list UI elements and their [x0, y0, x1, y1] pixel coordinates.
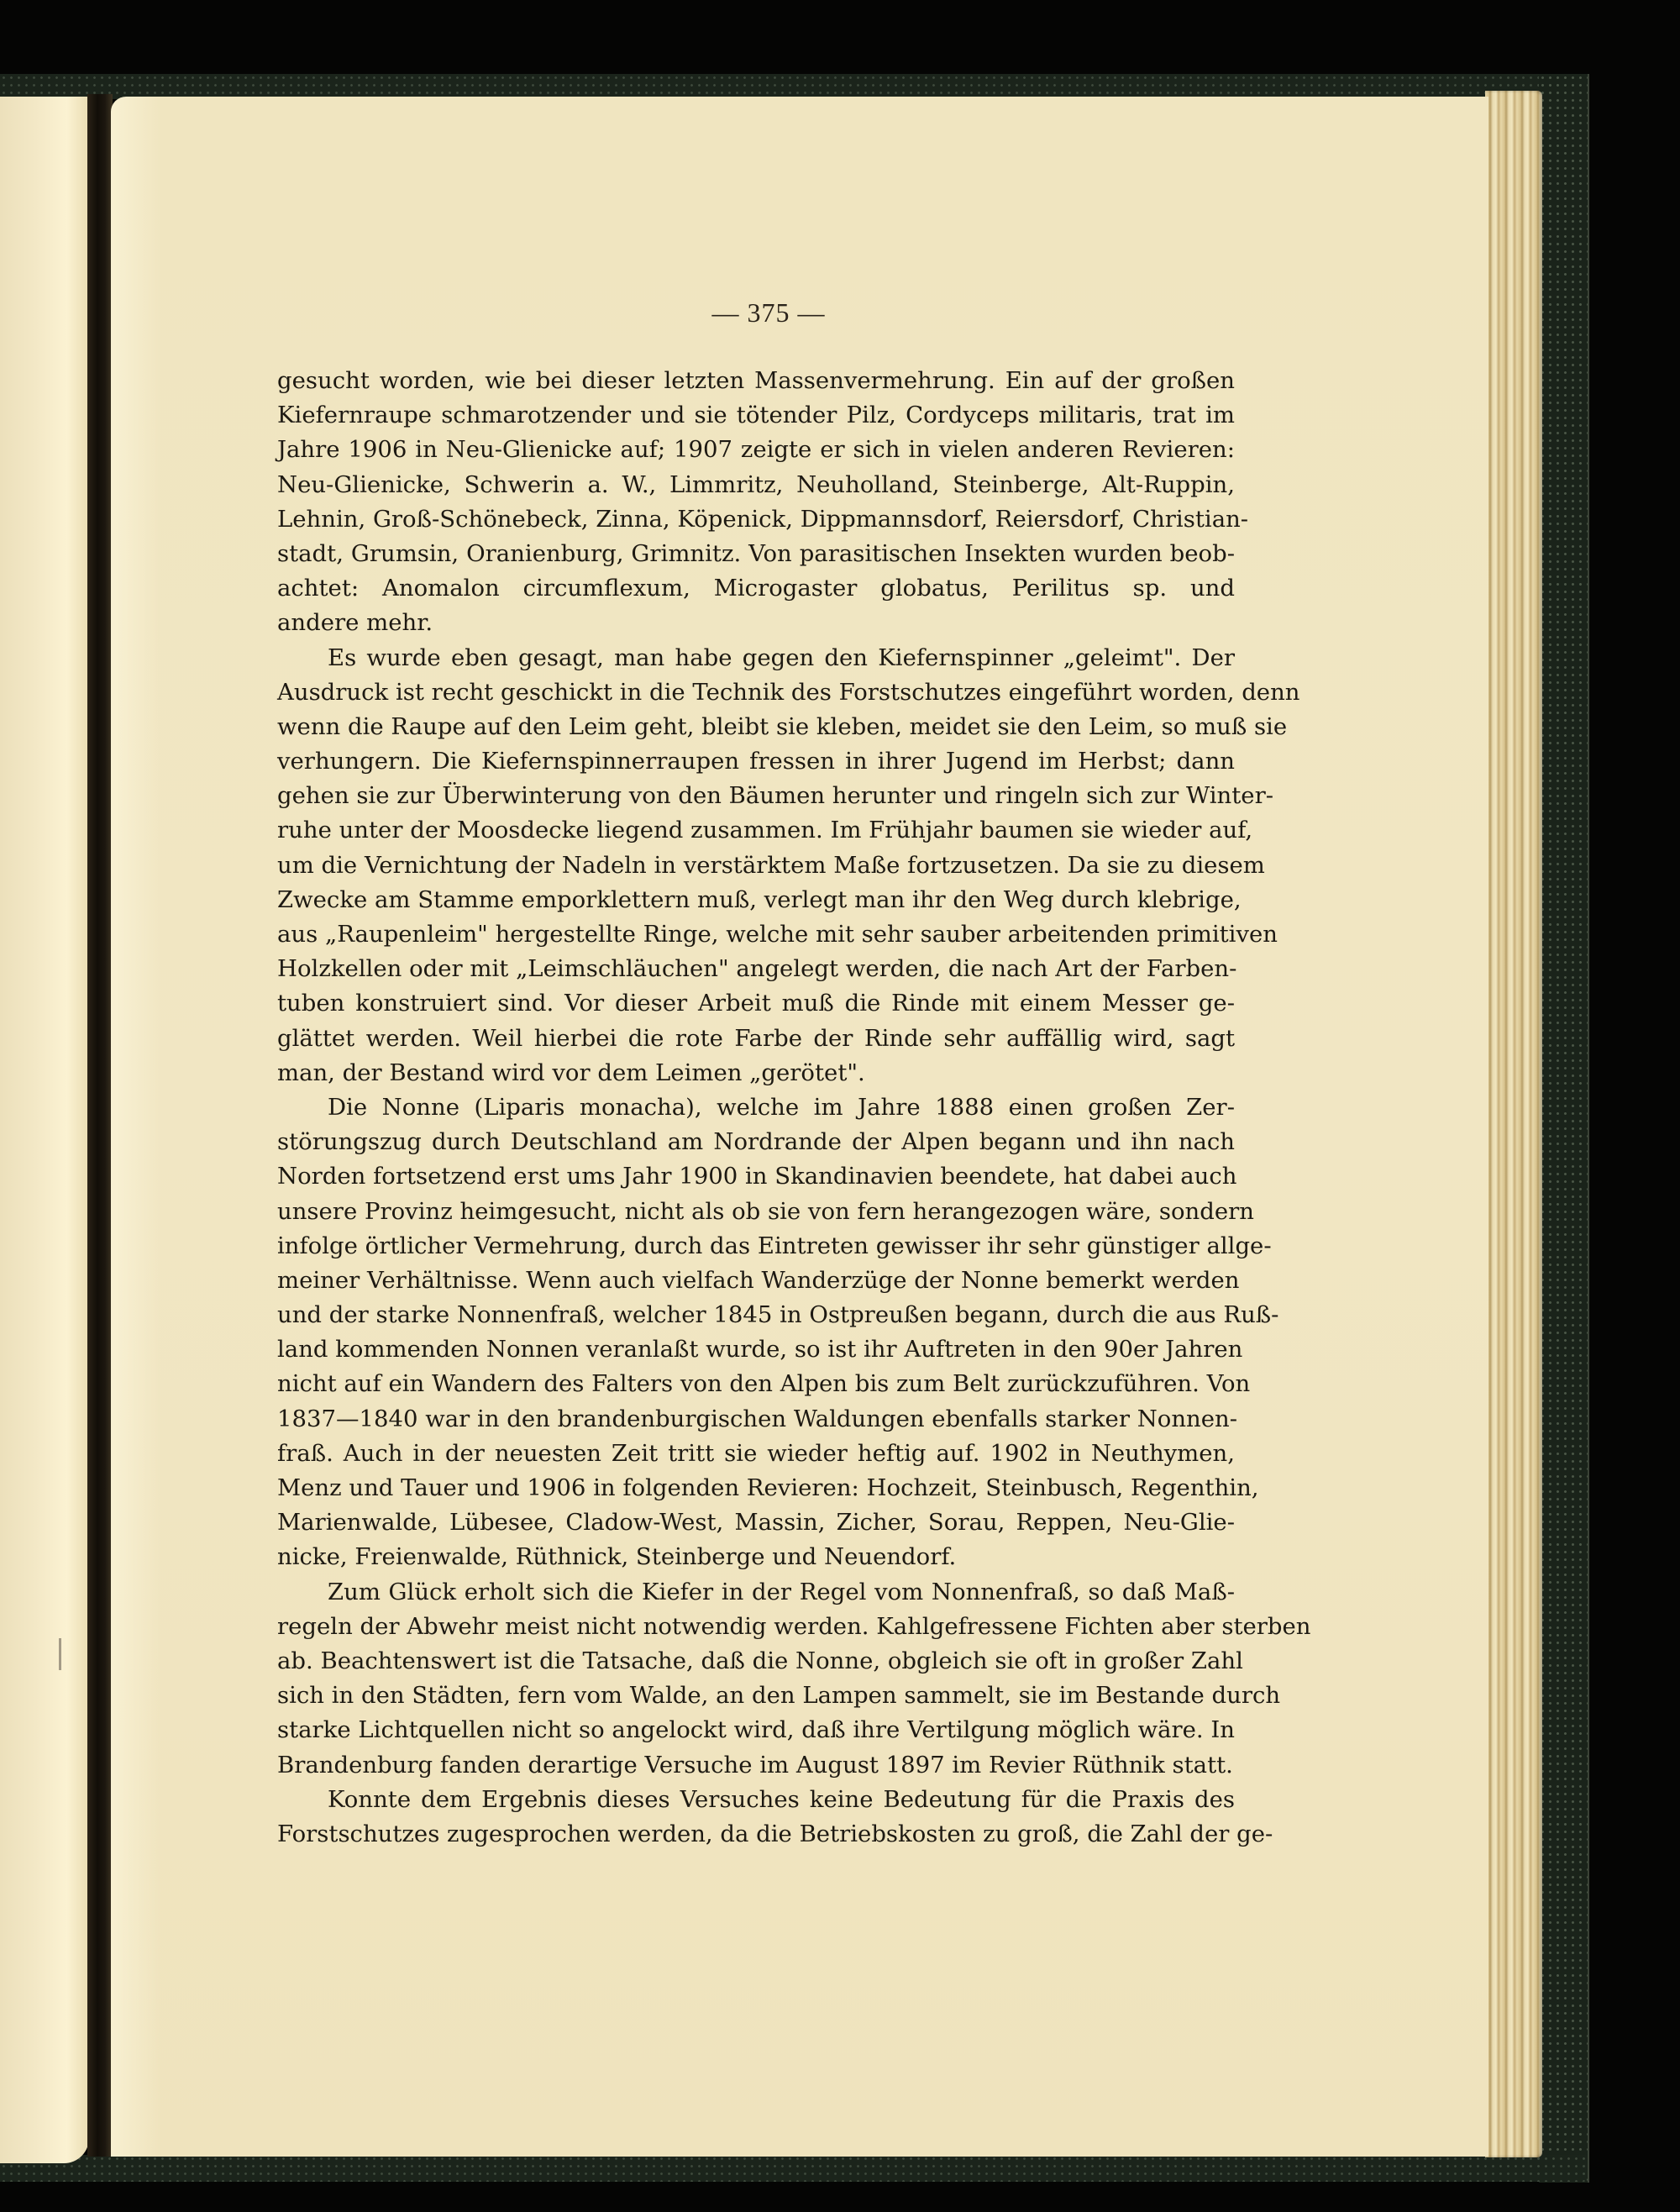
text-line: um die Vernichtung der Nadeln in verstär…: [277, 849, 1235, 883]
text-line: regeln der Abwehr meist nicht notwendig …: [277, 1610, 1235, 1644]
text-line: infolge örtlicher Vermehrung, durch das …: [277, 1229, 1235, 1264]
text-line: nicht auf ein Wandern des Falters von de…: [277, 1367, 1235, 1401]
text-line: aus „Raupenleim" hergestellte Ringe, wel…: [277, 917, 1235, 952]
text-line: starke Lichtquellen nicht so angelockt w…: [277, 1713, 1235, 1747]
book-cover-right-edge: [1539, 74, 1589, 2183]
text-line: achtet: Anomalon circumflexum, Microgast…: [277, 571, 1235, 606]
text-line: Marienwalde, Lübesee, Cladow-West, Massi…: [277, 1505, 1235, 1540]
text-line: stadt, Grumsin, Oranienburg, Grimnitz. V…: [277, 537, 1235, 571]
text-line: Forstschutzes zugesprochen werden, da di…: [277, 1817, 1235, 1852]
text-line: unsere Provinz heimgesucht, nicht als ob…: [277, 1195, 1235, 1229]
text-line: und der starke Nonnenfraß, welcher 1845 …: [277, 1298, 1235, 1332]
book-cover-top-edge: [0, 74, 1588, 99]
text-line: Zwecke am Stamme emporklettern muß, verl…: [277, 883, 1235, 917]
text-line: Neu-Glienicke, Schwerin a. W., Limmritz,…: [277, 468, 1235, 502]
text-line: Kiefernraupe schmarotzender und sie töte…: [277, 398, 1235, 433]
text-line: Menz und Tauer und 1906 in folgenden Rev…: [277, 1471, 1235, 1505]
text-line: störungszug durch Deutschland am Nordran…: [277, 1125, 1235, 1159]
text-line: andere mehr.: [277, 606, 1235, 640]
text-line: sich in den Städten, fern vom Walde, an …: [277, 1679, 1235, 1713]
text-line: glättet werden. Weil hierbei die rote Fa…: [277, 1022, 1235, 1056]
text-line: gesucht worden, wie bei dieser letzten M…: [277, 364, 1235, 398]
text-line: wenn die Raupe auf den Leim geht, bleibt…: [277, 710, 1235, 744]
text-line: gehen sie zur Überwinterung von den Bäum…: [277, 779, 1235, 813]
text-line: Norden fortsetzend erst ums Jahr 1900 in…: [277, 1159, 1235, 1194]
text-line: land kommenden Nonnen veranlaßt wurde, s…: [277, 1332, 1235, 1367]
text-line: Zum Glück erholt sich die Kiefer in der …: [277, 1575, 1235, 1610]
text-line: 1837—1840 war in den brandenburgischen W…: [277, 1402, 1235, 1437]
margin-mark: [59, 1638, 61, 1670]
text-line: fraß. Auch in der neuesten Zeit tritt si…: [277, 1437, 1235, 1471]
text-line: verhungern. Die Kiefernspinnerraupen fre…: [277, 744, 1235, 779]
text-line: Die Nonne (Liparis monacha), welche im J…: [277, 1090, 1235, 1125]
text-line: Jahre 1906 in Neu-Glienicke auf; 1907 ze…: [277, 433, 1235, 467]
text-line: tuben konstruiert sind. Vor dieser Arbei…: [277, 986, 1235, 1021]
body-text: gesucht worden, wie bei dieser letzten M…: [277, 364, 1235, 1852]
text-line: man, der Bestand wird vor dem Leimen „ge…: [277, 1056, 1235, 1090]
text-line: Lehnin, Groß-Schönebeck, Zinna, Köpenick…: [277, 502, 1235, 537]
text-line: ab. Beachtenswert ist die Tatsache, daß …: [277, 1644, 1235, 1679]
text-line: ruhe unter der Moosdecke liegend zusamme…: [277, 813, 1235, 848]
left-page-sliver: [0, 97, 89, 2163]
text-line: Holzkellen oder mit „Leimschläuchen" ang…: [277, 952, 1235, 986]
text-line: Ausdruck ist recht geschickt in die Tech…: [277, 675, 1235, 710]
page-number: — 375 —: [0, 297, 1537, 328]
text-line: Es wurde eben gesagt, man habe gegen den…: [277, 641, 1235, 675]
text-line: nicke, Freienwalde, Rüthnick, Steinberge…: [277, 1540, 1235, 1574]
text-line: Brandenburg fanden derartige Versuche im…: [277, 1748, 1235, 1783]
book-gutter: [87, 94, 113, 2157]
book-cover-bottom-edge: [0, 2155, 1588, 2182]
text-line: meiner Verhältnisse. Wenn auch vielfach …: [277, 1264, 1235, 1298]
page-edges-stack: [1485, 91, 1542, 2157]
text-line: Konnte dem Ergebnis dieses Versuches kei…: [277, 1783, 1235, 1817]
